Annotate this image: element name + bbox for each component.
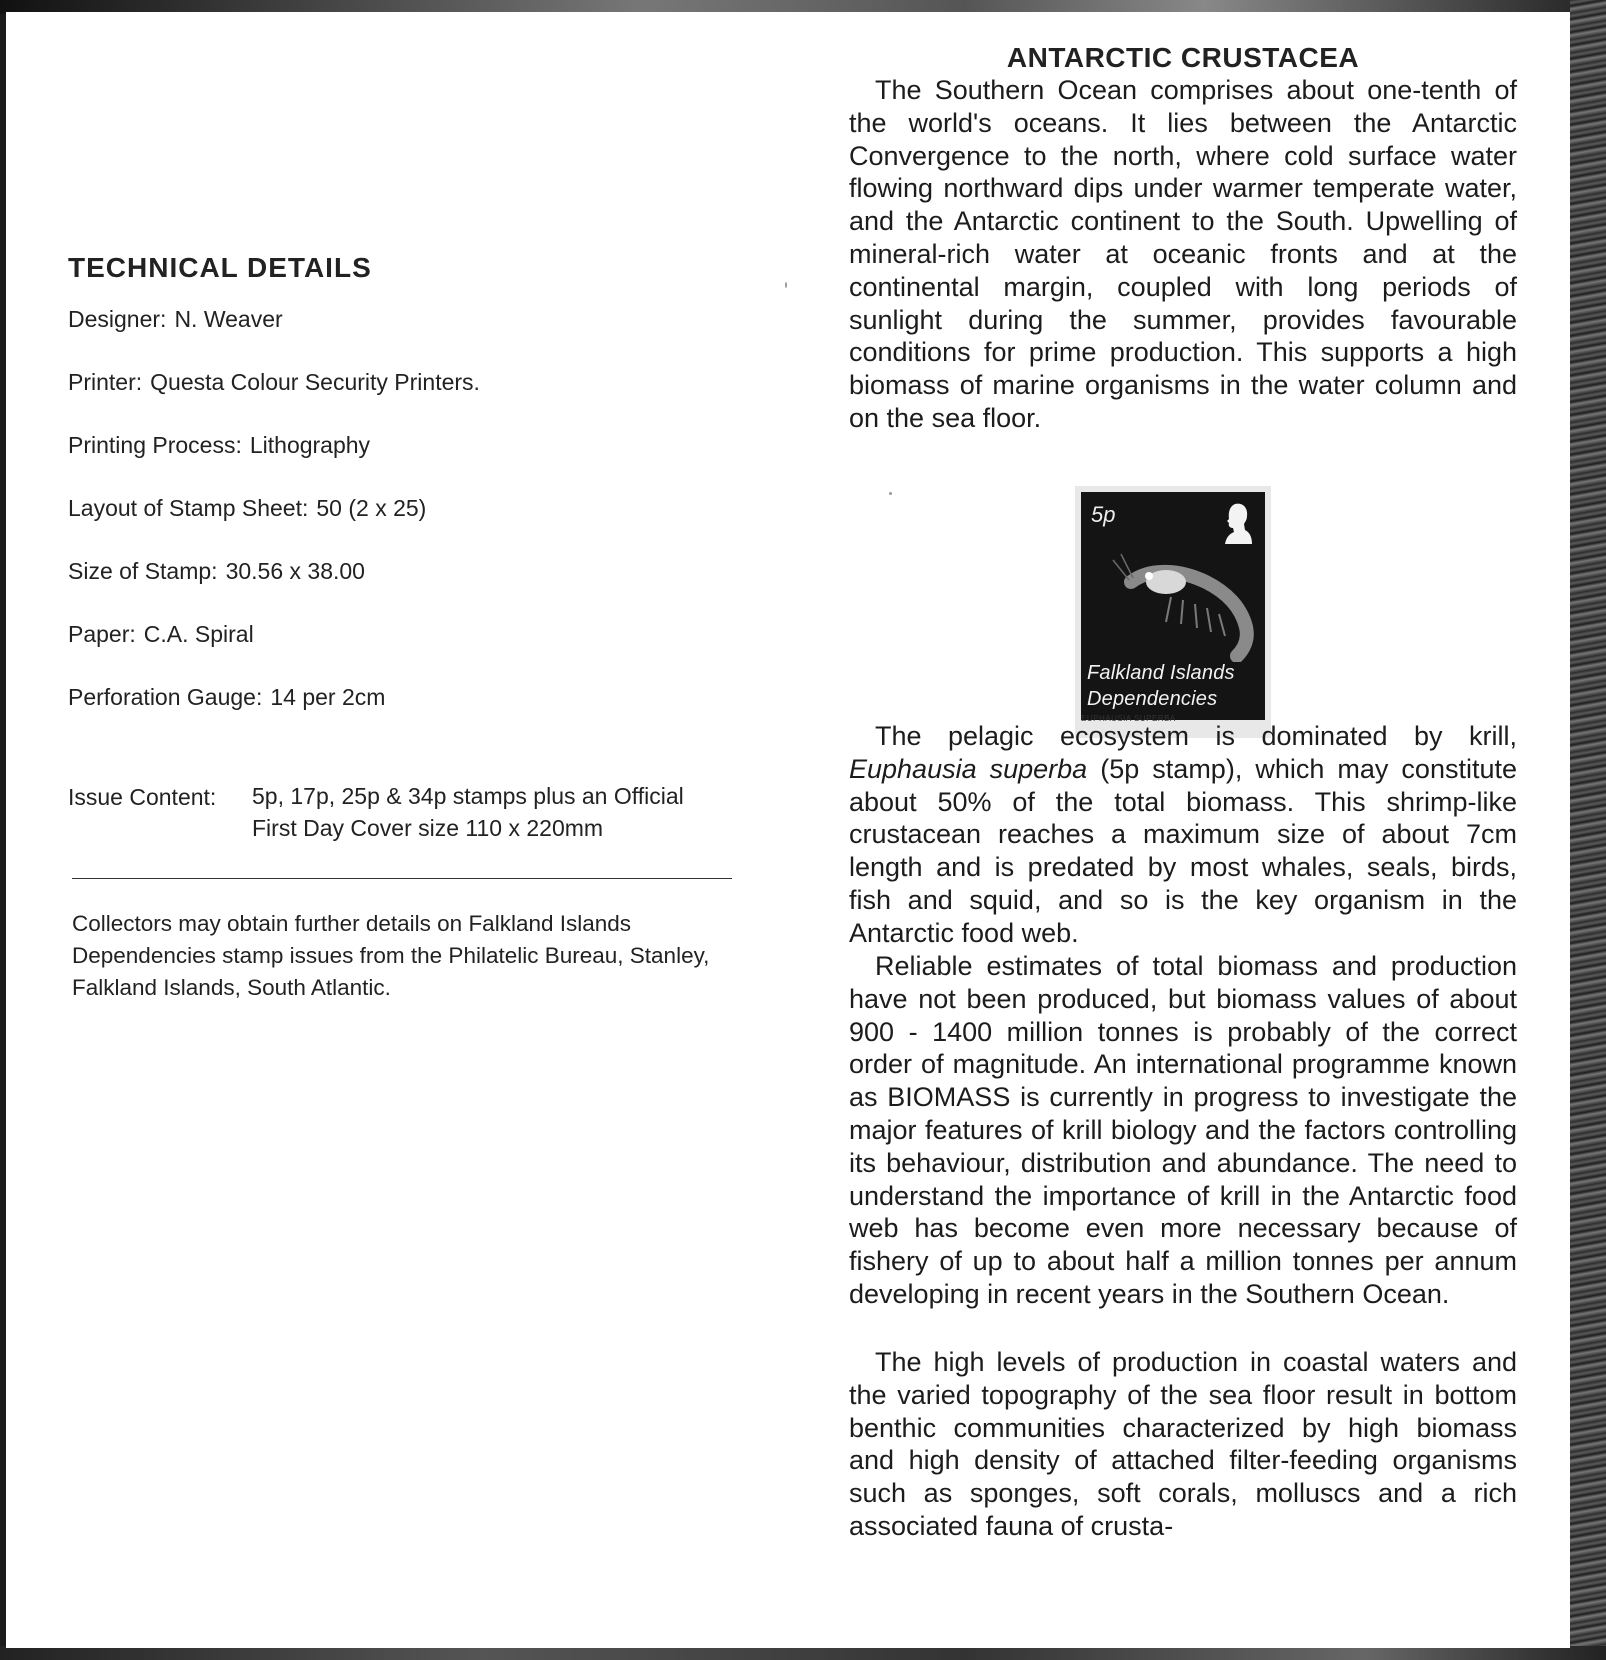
stamp-country-line-1: Falkland Islands: [1087, 662, 1235, 684]
article-paragraph-3: Reliable estimates of total biomass and …: [849, 950, 1517, 1311]
issue-content-line-2: First Day Cover size 110 x 220mm: [252, 815, 603, 841]
collectors-note: Collectors may obtain further details on…: [72, 908, 752, 1004]
detail-label: Perforation Gauge:: [68, 684, 262, 710]
detail-value: N. Weaver: [174, 306, 282, 332]
detail-value: Lithography: [250, 432, 370, 458]
queen-head-icon: [1221, 500, 1253, 544]
article-heading: ANTARCTIC CRUSTACEA: [849, 42, 1517, 74]
article-paragraph-4: The high levels of production in coastal…: [849, 1346, 1517, 1543]
detail-label: Printing Process:: [68, 432, 242, 458]
scan-speck: [889, 492, 892, 495]
stamp-5p: 5p Falkland Islands Dependencies: [1081, 492, 1265, 720]
detail-value: 14 per 2cm: [270, 684, 385, 710]
paragraph-2-text-start: The pelagic ecosystem is dominated by kr…: [875, 721, 1517, 751]
detail-printer: Printer:Questa Colour Security Printers.: [68, 369, 480, 396]
scan-bottom-edge: [0, 1646, 1606, 1660]
detail-value: 30.56 x 38.00: [226, 558, 365, 584]
detail-perforation: Perforation Gauge:14 per 2cm: [68, 684, 385, 711]
detail-value: 5p, 17p, 25p & 34p stamps plus an Offici…: [252, 780, 684, 844]
article-paragraph-2: The pelagic ecosystem is dominated by kr…: [849, 720, 1517, 950]
detail-issue-content: Issue Content:5p, 17p, 25p & 34p stamps …: [68, 784, 684, 844]
detail-label: Issue Content:: [68, 784, 252, 811]
species-name-italic: Euphausia superba: [849, 754, 1087, 784]
detail-label: Paper:: [68, 621, 136, 647]
detail-value: 50 (2 x 25): [316, 495, 426, 521]
detail-label: Layout of Stamp Sheet:: [68, 495, 308, 521]
detail-value: Questa Colour Security Printers.: [150, 369, 480, 395]
detail-designer: Designer:N. Weaver: [68, 306, 283, 333]
divider-rule: [72, 878, 732, 879]
scan-right-edge: [1570, 0, 1606, 1660]
stamp-illustration: 5p Falkland Islands Dependencies EUPHAUS…: [1075, 486, 1271, 738]
detail-printing-process: Printing Process:Lithography: [68, 432, 370, 459]
krill-illustration-icon: [1111, 552, 1261, 662]
detail-stamp-size: Size of Stamp:30.56 x 38.00: [68, 558, 365, 585]
stamp-country-line-2: Dependencies: [1087, 688, 1217, 710]
stamp-country-text: Falkland Islands Dependencies: [1087, 660, 1263, 712]
stamp-value: 5p: [1091, 502, 1115, 528]
leaflet-page: TECHNICAL DETAILS Designer:N. Weaver Pri…: [6, 12, 1570, 1648]
detail-value: C.A. Spiral: [144, 621, 254, 647]
detail-label: Size of Stamp:: [68, 558, 218, 584]
detail-paper: Paper:C.A. Spiral: [68, 621, 254, 648]
article-paragraph-1: The Southern Ocean comprises about one-t…: [849, 74, 1517, 435]
detail-sheet-layout: Layout of Stamp Sheet:50 (2 x 25): [68, 495, 426, 522]
technical-details-heading: TECHNICAL DETAILS: [68, 252, 372, 284]
issue-content-line-1: 5p, 17p, 25p & 34p stamps plus an Offici…: [252, 783, 684, 809]
scan-speck: [785, 282, 787, 288]
detail-label: Printer:: [68, 369, 142, 395]
detail-label: Designer:: [68, 306, 166, 332]
